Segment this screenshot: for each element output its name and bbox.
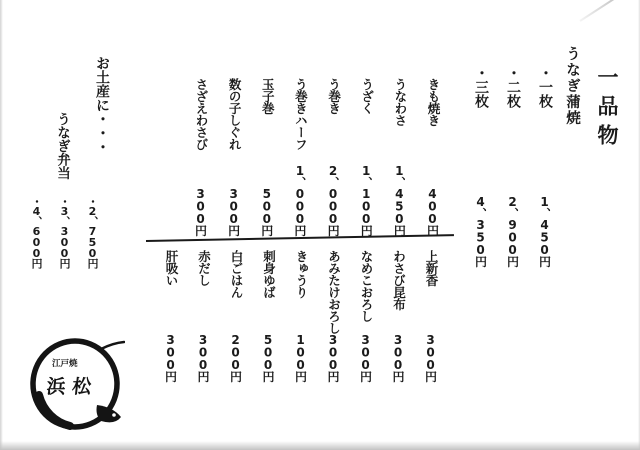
menu-item-column: 肝吸い 300円 <box>162 250 180 381</box>
menu-item-price: 300円 <box>193 187 210 235</box>
menu-item-name: なめこおろし <box>357 250 375 322</box>
menu-item-column: うなわさ 1、450円 <box>391 78 409 235</box>
menu-item-name: きゅうり <box>292 250 310 298</box>
menu-item-name: あみたけおろし <box>325 250 343 334</box>
menu-item-column: きも焼き 400円 <box>424 78 442 235</box>
menu-item-column: きゅうり 100円 <box>292 250 310 381</box>
menu-row-1: きも焼き 400円 うなわさ 1、450円 うざく 1、100円 う巻き 2、0… <box>192 78 442 235</box>
page-edge-left <box>0 0 3 450</box>
kabayaki-size-label: ・一枚 <box>535 66 555 108</box>
menu-item-name: うざく <box>358 78 376 114</box>
menu-item-column: 上新香 300円 <box>422 250 440 381</box>
menu-item-name: 刺身ゆば <box>260 250 278 298</box>
menu-item-price: 1、100円 <box>358 164 375 235</box>
menu-item-name: う巻きハーフ <box>291 78 309 150</box>
menu-item-column: 赤だし 300円 <box>195 250 213 381</box>
kabayaki-price-column: ・三枚 4、350円 <box>472 66 490 266</box>
souvenir-price-column: ・4、600円 <box>27 196 45 258</box>
menu-item-name: 数の子しぐれ <box>225 78 243 150</box>
logo-restaurant-name: 浜 松 <box>45 375 93 398</box>
menu-row-separator-line <box>146 234 454 242</box>
souvenir-price: ・4、600円 <box>28 196 44 267</box>
kabayaki-size-label: ・二枚 <box>503 66 523 108</box>
menu-item-name: さざえわさび <box>192 78 210 150</box>
menu-item-price: 2、000円 <box>325 164 342 235</box>
menu-item-name: 肝吸い <box>162 250 180 286</box>
menu-item-name: うなわさ <box>391 78 409 126</box>
menu-item-price: 100円 <box>293 333 310 381</box>
menu-item-name: 白ごはん <box>227 250 245 298</box>
souvenir-price: ・2、750円 <box>84 196 100 267</box>
menu-item-price: 1、000円 <box>292 164 309 235</box>
menu-item-column: うざく 1、100円 <box>358 78 376 235</box>
kabayaki-price: 1、450円 <box>537 195 554 266</box>
menu-item-price: 500円 <box>260 333 277 381</box>
menu-item-column: う巻きハーフ 1、000円 <box>291 78 309 235</box>
menu-item-column: あみたけおろし 300円 <box>325 250 343 381</box>
menu-item-price: 300円 <box>390 333 407 381</box>
menu-item-price: 300円 <box>195 333 212 381</box>
menu-item-price: 200円 <box>228 333 245 381</box>
menu-item-name: 上新香 <box>422 250 440 286</box>
menu-item-name: きも焼き <box>424 78 442 126</box>
kabayaki-price-list: ・一枚 1、450円 ・二枚 2、900円 ・三枚 4、350円 <box>472 66 554 266</box>
page-title: 一品物 <box>592 66 622 153</box>
menu-item-name: わさび昆布 <box>390 250 408 310</box>
section-title-unagi-kabayaki: うなぎ蒲焼 <box>562 46 583 126</box>
restaurant-logo: 江戸焼 浜 松 <box>25 335 125 435</box>
menu-item-column: 刺身ゆば 500円 <box>260 250 278 381</box>
souvenir-price-list: ・2、750円 ・3、300円 ・4、600円 <box>27 196 101 258</box>
menu-item-price: 300円 <box>423 333 440 381</box>
menu-item-column: 玉子巻 500円 <box>258 78 276 235</box>
menu-item-column: なめこおろし 300円 <box>357 250 375 381</box>
menu-item-name: 玉子巻 <box>258 78 276 114</box>
paper-crease-mark <box>579 0 640 22</box>
kabayaki-price-column: ・二枚 2、900円 <box>504 66 522 266</box>
menu-item-price: 1、450円 <box>391 164 408 235</box>
menu-item-column: さざえわさび 300円 <box>192 78 210 235</box>
menu-item-name: う巻き <box>325 78 343 114</box>
kabayaki-price-column: ・一枚 1、450円 <box>536 66 554 266</box>
souvenir-price-column: ・2、750円 <box>83 196 101 258</box>
menu-item-price: 300円 <box>325 333 342 381</box>
souvenir-heading: お土産に・・・ <box>92 56 112 154</box>
kabayaki-price: 4、350円 <box>473 195 490 266</box>
menu-item-name: 赤だし <box>195 250 213 286</box>
kabayaki-size-label: ・三枚 <box>471 66 491 108</box>
souvenir-price-column: ・3、300円 <box>55 196 73 258</box>
menu-row-2: 上新香 300円 わさび昆布 300円 なめこおろし 300円 あみたけおろし … <box>162 250 440 381</box>
menu-item-column: 白ごはん 200円 <box>227 250 245 381</box>
kabayaki-price: 2、900円 <box>505 195 522 266</box>
menu-item-price: 500円 <box>259 187 276 235</box>
souvenir-item-unagi-bento: うなぎ弁当 <box>52 112 72 180</box>
page-edge-bottom-shadow <box>0 441 640 450</box>
souvenir-price: ・3、300円 <box>56 196 72 267</box>
menu-item-column: う巻き 2、000円 <box>325 78 343 235</box>
menu-item-price: 300円 <box>226 187 243 235</box>
menu-item-column: 数の子しぐれ 300円 <box>225 78 243 235</box>
menu-item-price: 300円 <box>358 333 375 381</box>
menu-item-column: わさび昆布 300円 <box>390 250 408 381</box>
menu-item-price: 400円 <box>424 187 441 235</box>
menu-item-price: 300円 <box>163 333 180 381</box>
logo-small-text: 江戸焼 <box>51 358 78 369</box>
